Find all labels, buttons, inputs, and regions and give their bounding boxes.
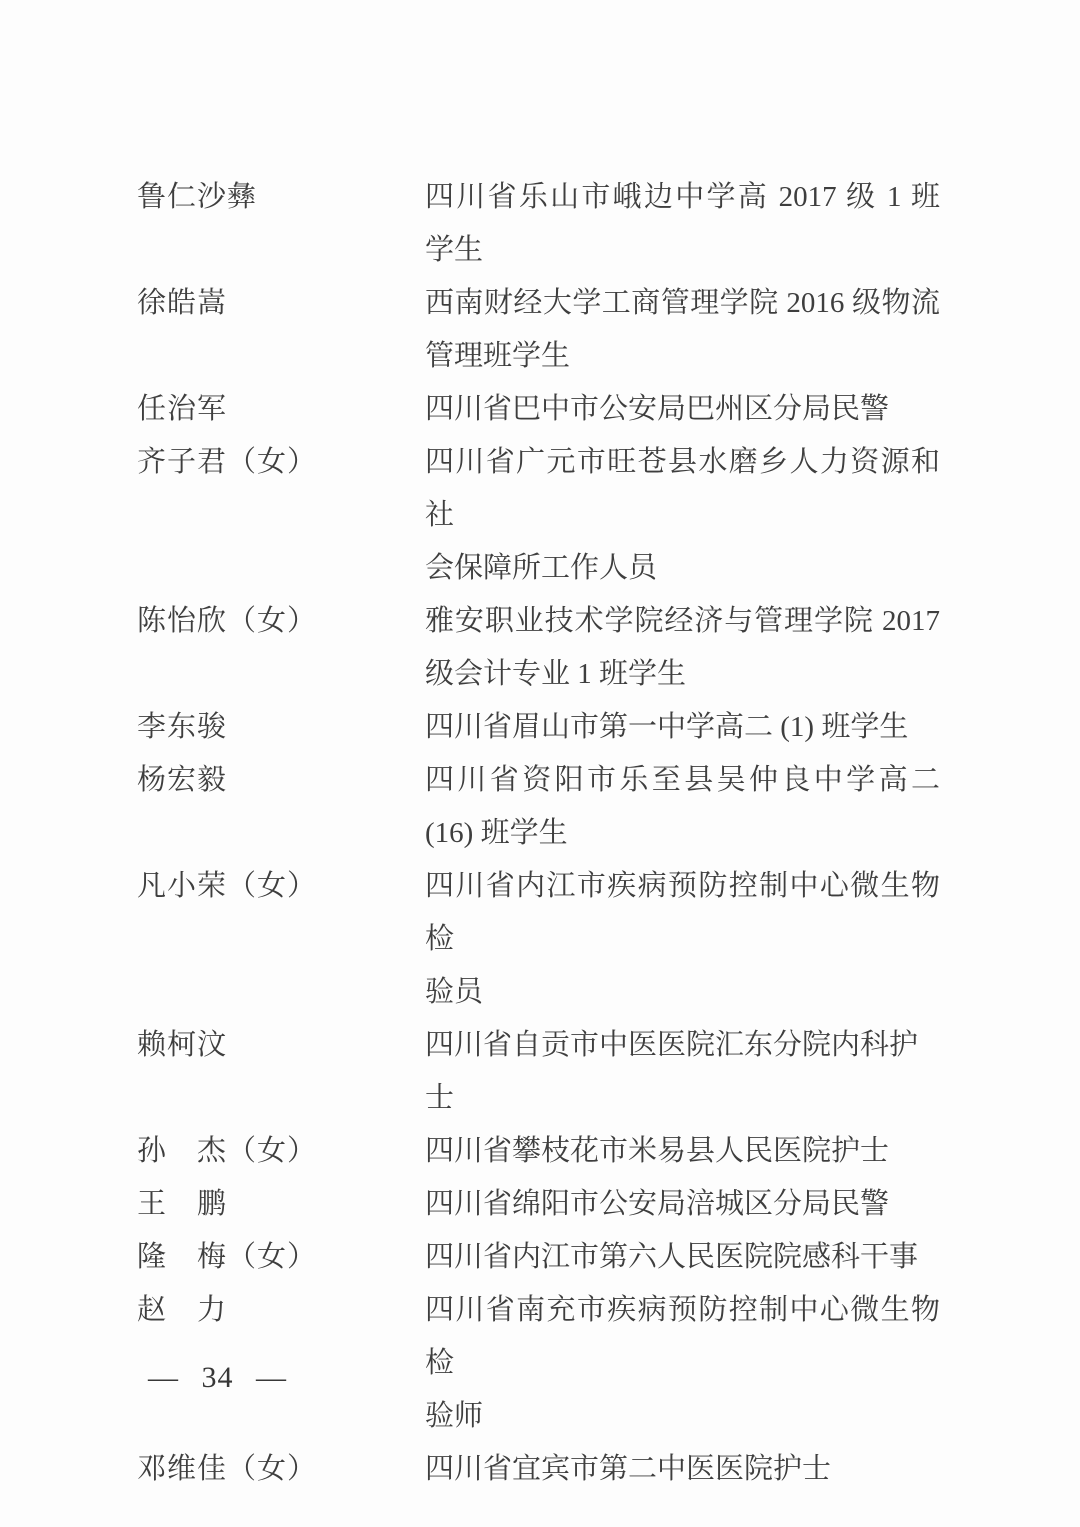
roster-entry: 陈怡欣（女） 雅安职业技术学院经济与管理学院 2017级会计专业 1 班学生 [137, 595, 940, 701]
roster-entry: 凡小荣（女） 四川省内江市疾病预防控制中心微生物检验员 [137, 860, 940, 1019]
roster-entry: 王 鹏 四川省绵阳市公安局涪城区分局民警 [137, 1178, 940, 1231]
roster-entry: 隆 梅（女） 四川省内江市第六人民医院院感科干事 [137, 1231, 940, 1284]
person-name: 鲁仁沙彝 [137, 171, 425, 224]
person-description: 四川省资阳市乐至县吴仲良中学高二(16) 班学生 [425, 754, 940, 860]
person-name: 赖柯汶 [137, 1019, 425, 1072]
person-description-line: 四川省广元市旺苍县水磨乡人力资源和社 [425, 436, 940, 542]
person-description-line: 四川省巴中市公安局巴州区分局民警 [425, 383, 940, 436]
person-description: 四川省自贡市中医医院汇东分院内科护士 [425, 1019, 940, 1125]
person-name: 杨宏毅 [137, 754, 425, 807]
roster-list: 鲁仁沙彝 四川省乐山市峨边中学高 2017 级 1 班学生 徐皓嵩 西南财经大学… [137, 171, 940, 1496]
person-description-line: 会保障所工作人员 [425, 542, 940, 595]
roster-entry: 杨宏毅 四川省资阳市乐至县吴仲良中学高二(16) 班学生 [137, 754, 940, 860]
person-description-line: (16) 班学生 [425, 807, 940, 860]
person-name: 凡小荣（女） [137, 860, 425, 913]
person-description-line: 四川省乐山市峨边中学高 2017 级 1 班 [425, 171, 940, 224]
person-description: 四川省广元市旺苍县水磨乡人力资源和社会保障所工作人员 [425, 436, 940, 595]
person-description: 四川省内江市疾病预防控制中心微生物检验员 [425, 860, 940, 1019]
roster-entry: 任治军 四川省巴中市公安局巴州区分局民警 [137, 383, 940, 436]
person-description-line: 四川省眉山市第一中学高二 (1) 班学生 [425, 701, 940, 754]
person-description: 西南财经大学工商管理学院 2016 级物流管理班学生 [425, 277, 940, 383]
person-description: 四川省宜宾市第二中医医院护士 [425, 1443, 940, 1496]
person-description-line: 四川省内江市疾病预防控制中心微生物检 [425, 860, 940, 966]
person-name: 孙 杰（女） [137, 1125, 425, 1178]
person-description-line: 四川省宜宾市第二中医医院护士 [425, 1443, 940, 1496]
person-description-line: 管理班学生 [425, 330, 940, 383]
roster-entry: 孙 杰（女） 四川省攀枝花市米易县人民医院护士 [137, 1125, 940, 1178]
roster-entry: 鲁仁沙彝 四川省乐山市峨边中学高 2017 级 1 班学生 [137, 171, 940, 277]
person-description: 四川省南充市疾病预防控制中心微生物检验师 [425, 1284, 940, 1443]
person-description: 四川省绵阳市公安局涪城区分局民警 [425, 1178, 940, 1231]
person-name: 齐子君（女） [137, 436, 425, 489]
person-description: 四川省内江市第六人民医院院感科干事 [425, 1231, 940, 1284]
roster-entry: 徐皓嵩 西南财经大学工商管理学院 2016 级物流管理班学生 [137, 277, 940, 383]
roster-entry: 齐子君（女） 四川省广元市旺苍县水磨乡人力资源和社会保障所工作人员 [137, 436, 940, 595]
person-description-line: 四川省资阳市乐至县吴仲良中学高二 [425, 754, 940, 807]
person-description-line: 四川省绵阳市公安局涪城区分局民警 [425, 1178, 940, 1231]
person-name: 赵 力 [137, 1284, 425, 1337]
person-description: 雅安职业技术学院经济与管理学院 2017级会计专业 1 班学生 [425, 595, 940, 701]
person-name: 徐皓嵩 [137, 277, 425, 330]
person-name: 邓维佳（女） [137, 1443, 425, 1496]
person-name: 陈怡欣（女） [137, 595, 425, 648]
roster-entry: 赖柯汶 四川省自贡市中医医院汇东分院内科护士 [137, 1019, 940, 1125]
person-description: 四川省乐山市峨边中学高 2017 级 1 班学生 [425, 171, 940, 277]
person-description-line: 学生 [425, 224, 940, 277]
document-page: 鲁仁沙彝 四川省乐山市峨边中学高 2017 级 1 班学生 徐皓嵩 西南财经大学… [0, 0, 1080, 1527]
person-description: 四川省攀枝花市米易县人民医院护士 [425, 1125, 940, 1178]
person-description-line: 级会计专业 1 班学生 [425, 648, 940, 701]
person-description: 四川省眉山市第一中学高二 (1) 班学生 [425, 701, 940, 754]
person-description: 四川省巴中市公安局巴州区分局民警 [425, 383, 940, 436]
person-name: 李东骏 [137, 701, 425, 754]
person-name: 任治军 [137, 383, 425, 436]
roster-entry: 邓维佳（女） 四川省宜宾市第二中医医院护士 [137, 1443, 940, 1496]
person-description-line: 雅安职业技术学院经济与管理学院 2017 [425, 595, 940, 648]
person-description-line: 四川省攀枝花市米易县人民医院护士 [425, 1125, 940, 1178]
person-description-line: 四川省内江市第六人民医院院感科干事 [425, 1231, 940, 1284]
person-description-line: 西南财经大学工商管理学院 2016 级物流 [425, 277, 940, 330]
person-name: 隆 梅（女） [137, 1231, 425, 1284]
person-name: 王 鹏 [137, 1178, 425, 1231]
person-description-line: 四川省自贡市中医医院汇东分院内科护士 [425, 1019, 940, 1125]
person-description-line: 验师 [425, 1390, 940, 1443]
roster-entry: 李东骏 四川省眉山市第一中学高二 (1) 班学生 [137, 701, 940, 754]
person-description-line: 验员 [425, 966, 940, 1019]
person-description-line: 四川省南充市疾病预防控制中心微生物检 [425, 1284, 940, 1390]
page-number: — 34 — [148, 1358, 287, 1398]
